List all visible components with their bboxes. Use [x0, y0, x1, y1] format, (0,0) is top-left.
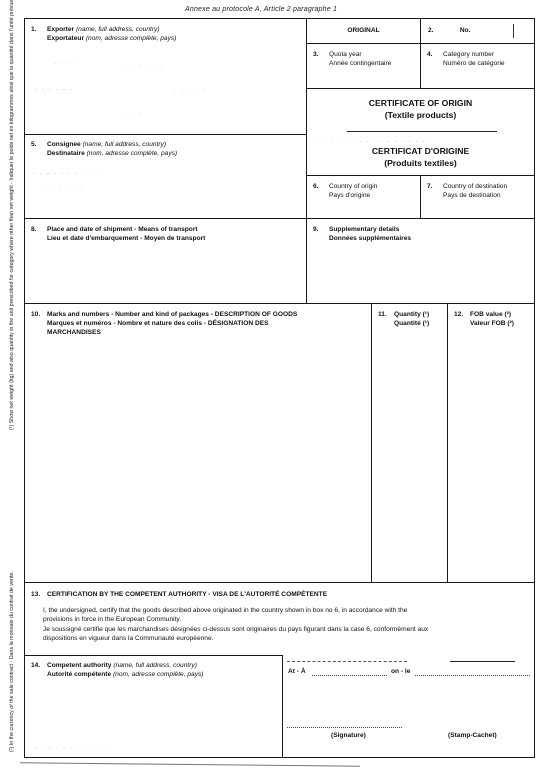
box-supplementary-details[interactable]: 9.Supplementary details Données suppléme… — [306, 218, 535, 304]
box2-number: 2. — [428, 26, 444, 35]
at-label: At - À — [288, 668, 306, 675]
footnote-1: (¹) Show net weight (kg) and also quanti… — [9, 0, 15, 430]
authority-en-hint: (name, full address, country) — [113, 662, 197, 669]
no-label: No. — [460, 27, 471, 34]
box-competent-authority[interactable]: 14.Competent authority (name, full addre… — [24, 655, 283, 758]
certificate-title-block: CERTIFICATE OF ORIGIN (Textile products)… — [306, 88, 535, 176]
consignee-fr-label: Destinataire — [47, 150, 85, 157]
signature-label: (Signature) — [331, 732, 366, 739]
certification-statement-fr: Je soussigné certifie que les marchandis… — [43, 625, 533, 643]
box-shipment[interactable]: 8.Place and date of shipment - Means of … — [24, 218, 307, 304]
stamp-label: (Stamp-Cachet) — [448, 732, 497, 739]
supplementary-en: Supplementary details — [329, 226, 399, 233]
footnote-2: (²) In the currency of the sale contract… — [9, 571, 15, 752]
box-goods-description[interactable]: 10.Marks and numbers - Number and kind o… — [24, 303, 372, 583]
goods-fr: Marques et numéros - Nombre et nature de… — [47, 320, 269, 327]
consignee-fr-hint: (nom, adresse complète, pays) — [87, 150, 178, 157]
on-label: on - le — [391, 668, 410, 675]
signature-field[interactable] — [287, 727, 402, 728]
supplementary-fr: Données supplémentaires — [329, 235, 411, 242]
authority-fr-label: Autorité compétente — [47, 671, 111, 678]
certificate-title-en: CERTIFICATE OF ORIGIN — [307, 97, 534, 109]
category-en: Category number — [443, 51, 494, 58]
box-number[interactable]: 2. No. — [420, 18, 535, 44]
exporter-fr-label: Exportateur — [47, 35, 84, 42]
certificate-title-fr: CERTIFICAT D'ORIGINE — [307, 145, 534, 157]
box-original: ORIGINAL — [306, 18, 421, 44]
country-origin-en: Country of origin — [329, 183, 377, 190]
certification-title: CERTIFICATION BY THE COMPETENT AUTHORITY… — [47, 591, 327, 598]
quantity-en: Quantity (¹) — [394, 311, 429, 318]
certificate-subtitle-fr: (Produits textiles) — [307, 157, 534, 169]
goods-en: Marks and numbers - Number and kind of p… — [47, 311, 297, 318]
annex-reference: Annexe au protocole A, Article 2 paragra… — [185, 6, 337, 13]
country-origin-fr: Pays d'origine — [313, 192, 370, 199]
box-category-number[interactable]: 4.Category number Numéro de catégorie — [420, 43, 535, 89]
box-quota-year[interactable]: 3.Quota year Année contingentaire — [306, 43, 421, 89]
box-fob-value[interactable]: 12.FOB value (²) Valeur FOB (²) — [447, 303, 535, 583]
country-dest-fr: Pays de destination — [427, 192, 501, 199]
certificate-subtitle-en: (Textile products) — [307, 109, 534, 121]
quantity-fr: Quantité (¹) — [394, 320, 429, 327]
quota-year-fr: Année contingentaire — [313, 60, 391, 67]
category-fr: Numéro de catégorie — [427, 60, 505, 67]
box-quantity[interactable]: 11.Quantity (¹) Quantité (¹) — [371, 303, 448, 583]
at-place-field[interactable] — [312, 675, 387, 676]
box-consignee[interactable]: 5.Consignee (name, full address, country… — [24, 134, 307, 219]
country-dest-en: Country of destination — [443, 183, 507, 190]
exporter-en-hint: (name, full address, country) — [76, 26, 160, 33]
goods-fr-2: MARCHANDISES — [47, 329, 101, 336]
certification-statement-en: I, the undersigned, certify that the goo… — [43, 606, 533, 624]
box-country-of-destination[interactable]: 7.Country of destination Pays de destina… — [420, 175, 535, 219]
consignee-en-label: Consignee — [47, 141, 81, 148]
authority-en-label: Competent authority — [47, 662, 111, 669]
box-exporter[interactable]: 1.Exporter (name, full address, country)… — [24, 18, 307, 135]
authority-fr-hint: (nom, adresse complète, pays) — [113, 671, 204, 678]
on-date-field[interactable] — [415, 675, 530, 676]
shipment-fr: Lieu et date d'embarquement - Moyen de t… — [47, 235, 205, 242]
consignee-en-hint: (name, full address, country) — [83, 141, 167, 148]
exporter-label: 1.Exporter (name, full address, country)… — [31, 25, 176, 43]
exporter-fr-hint: (nom, adresse complète, pays) — [86, 35, 177, 42]
quota-year-en: Quota year — [329, 51, 362, 58]
fob-fr: Valeur FOB (²) — [470, 320, 514, 327]
fob-en: FOB value (²) — [470, 311, 511, 318]
exporter-en-label: Exporter — [47, 26, 74, 33]
box-country-of-origin[interactable]: 6.Country of origin Pays d'origine — [306, 175, 421, 219]
original-label: ORIGINAL — [347, 27, 379, 34]
shipment-en: Place and date of shipment - Means of tr… — [47, 226, 198, 233]
